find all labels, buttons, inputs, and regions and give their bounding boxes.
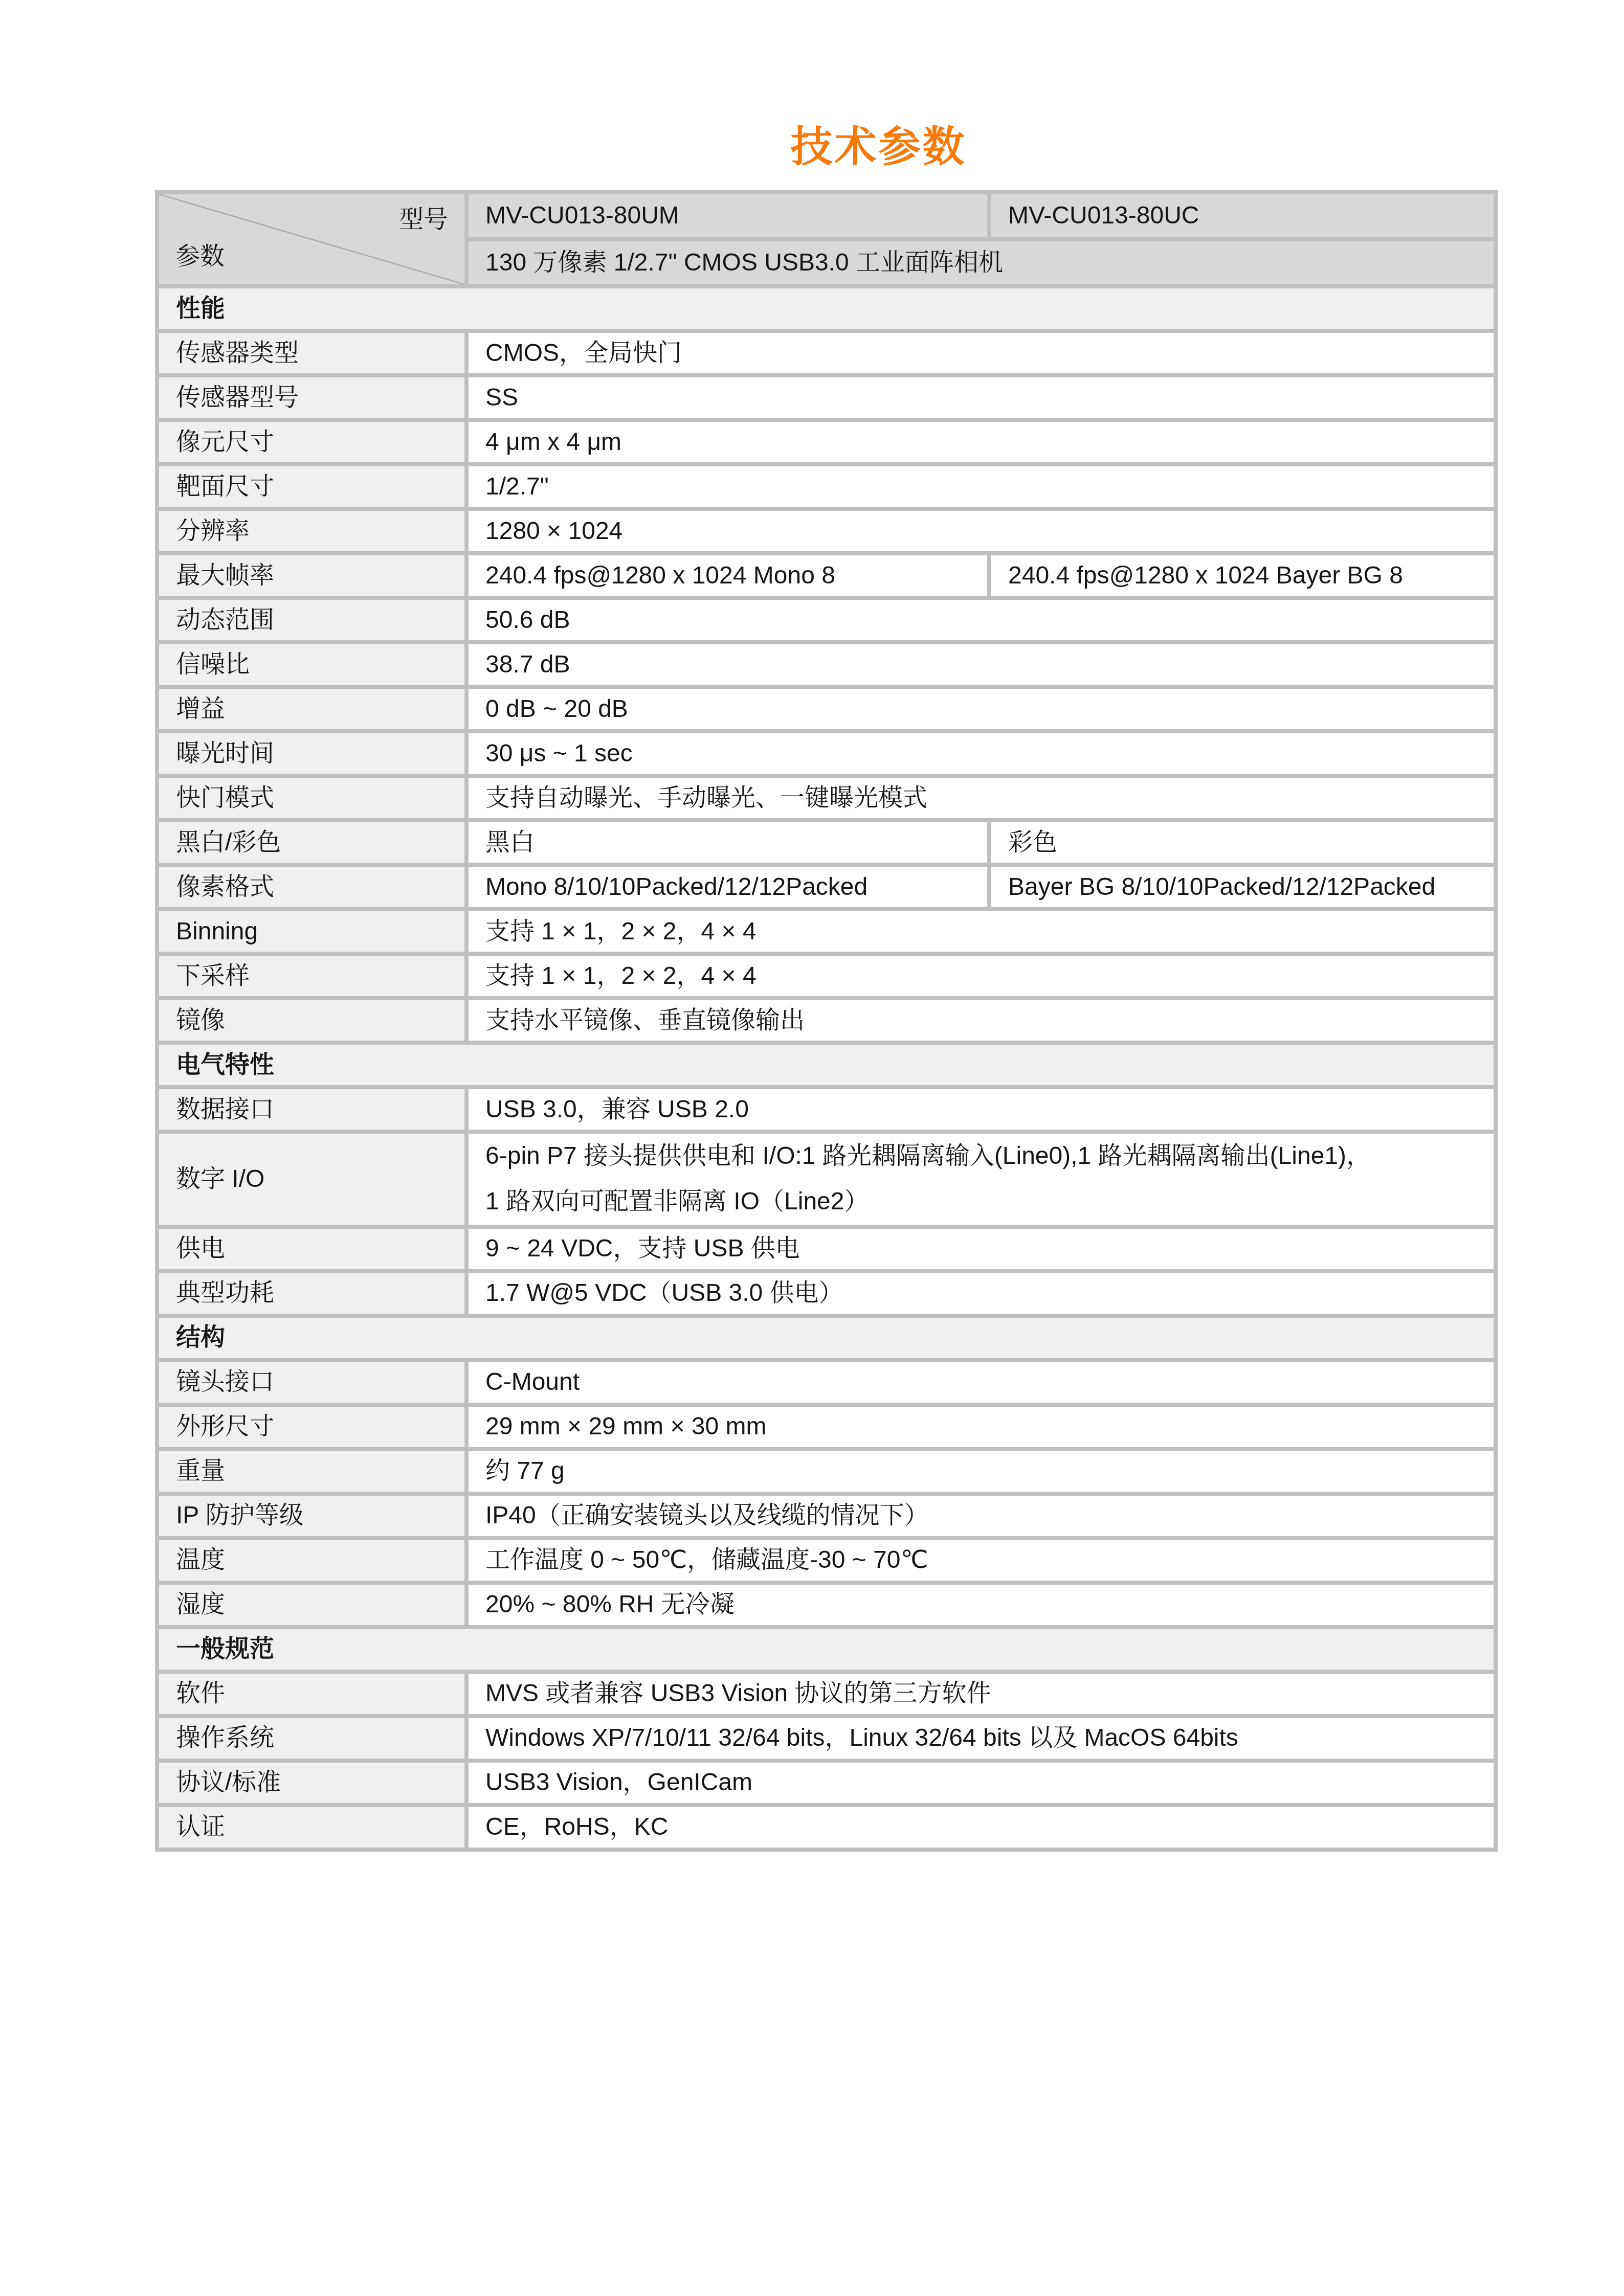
row-label: 增益: [157, 687, 466, 731]
table-row: 认证CE，RoHS，KC: [157, 1805, 1496, 1850]
row-label: 曝光时间: [157, 731, 466, 776]
row-value: 4 μm x 4 μm: [466, 420, 1496, 464]
section-row: 一般规范: [157, 1627, 1496, 1672]
row-value: Bayer BG 8/10/10Packed/12/12Packed: [989, 865, 1496, 909]
row-label: 下采样: [157, 954, 466, 998]
row-label: 分辨率: [157, 509, 466, 553]
row-value: 工作温度 0 ~ 50℃，储藏温度-30 ~ 70℃: [466, 1538, 1496, 1583]
row-label: 动态范围: [157, 598, 466, 642]
table-row: 数据接口USB 3.0，兼容 USB 2.0: [157, 1087, 1496, 1132]
table-row: 湿度20% ~ 80% RH 无冷凝: [157, 1583, 1496, 1627]
row-value: 38.7 dB: [466, 642, 1496, 687]
row-label: 数据接口: [157, 1087, 466, 1132]
spec-table: 型号 参数 MV-CU013-80UM MV-CU013-80UC 130 万像…: [155, 190, 1498, 1852]
row-value: 支持 1 × 1，2 × 2，4 × 4: [466, 954, 1496, 998]
row-label: 快门模式: [157, 776, 466, 820]
table-row: 下采样支持 1 × 1，2 × 2，4 × 4: [157, 954, 1496, 998]
page-title: 技术参数: [66, 114, 1624, 173]
spec-table-body: 性能传感器类型CMOS，全局快门传感器型号SS像元尺寸4 μm x 4 μm靶面…: [157, 286, 1496, 1850]
table-row: 协议/标准USB3 Vision，GenICam: [157, 1761, 1496, 1805]
row-value: 约 77 g: [466, 1449, 1496, 1494]
row-label: 像元尺寸: [157, 420, 466, 464]
row-label: 重量: [157, 1449, 466, 1494]
row-value: IP40（正确安装镜头以及线缆的情况下）: [466, 1494, 1496, 1538]
corner-cell: 型号 参数: [157, 192, 466, 286]
table-row: 重量约 77 g: [157, 1449, 1496, 1494]
row-label: 温度: [157, 1538, 466, 1583]
row-label: IP 防护等级: [157, 1494, 466, 1538]
row-value: CE，RoHS，KC: [466, 1805, 1496, 1850]
row-value: USB3 Vision，GenICam: [466, 1761, 1496, 1805]
row-label: 传感器型号: [157, 375, 466, 420]
table-row: 温度工作温度 0 ~ 50℃，储藏温度-30 ~ 70℃: [157, 1538, 1496, 1583]
table-row: 动态范围50.6 dB: [157, 598, 1496, 642]
row-label: 黑白/彩色: [157, 820, 466, 865]
table-row: 数字 I/O6-pin P7 接头提供供电和 I/O:1 路光耦隔离输入(Lin…: [157, 1132, 1496, 1227]
row-label: 靶面尺寸: [157, 464, 466, 509]
row-label: 湿度: [157, 1583, 466, 1627]
table-row: 操作系统Windows XP/7/10/11 32/64 bits，Linux …: [157, 1716, 1496, 1761]
corner-label-param: 参数: [175, 241, 225, 272]
model-cell-uc: MV-CU013-80UC: [989, 192, 1496, 239]
row-value: MVS 或者兼容 USB3 Vision 协议的第三方软件: [466, 1672, 1496, 1716]
row-value: 6-pin P7 接头提供供电和 I/O:1 路光耦隔离输入(Line0),1 …: [466, 1132, 1496, 1227]
table-row: 镜头接口C-Mount: [157, 1360, 1496, 1405]
row-value: 支持自动曝光、手动曝光、一键曝光模式: [466, 776, 1496, 820]
camera-subtitle-cell: 130 万像素 1/2.7" CMOS USB3.0 工业面阵相机: [466, 239, 1496, 286]
table-row: 外形尺寸29 mm × 29 mm × 30 mm: [157, 1405, 1496, 1449]
row-value: 20% ~ 80% RH 无冷凝: [466, 1583, 1496, 1627]
row-label: 镜像: [157, 998, 466, 1043]
row-value: CMOS，全局快门: [466, 331, 1496, 375]
row-label: 信噪比: [157, 642, 466, 687]
table-row: 软件MVS 或者兼容 USB3 Vision 协议的第三方软件: [157, 1672, 1496, 1716]
section-title: 电气特性: [157, 1043, 1496, 1087]
row-value: 50.6 dB: [466, 598, 1496, 642]
row-value: 支持水平镜像、垂直镜像输出: [466, 998, 1496, 1043]
row-label: 软件: [157, 1672, 466, 1716]
table-row: 增益0 dB ~ 20 dB: [157, 687, 1496, 731]
table-row: 像元尺寸4 μm x 4 μm: [157, 420, 1496, 464]
table-row: 快门模式支持自动曝光、手动曝光、一键曝光模式: [157, 776, 1496, 820]
row-value: Mono 8/10/10Packed/12/12Packed: [466, 865, 989, 909]
row-value: 0 dB ~ 20 dB: [466, 687, 1496, 731]
corner-label-model: 型号: [399, 205, 448, 235]
row-value: SS: [466, 375, 1496, 420]
row-value: 黑白: [466, 820, 989, 865]
spec-table-header: 型号 参数 MV-CU013-80UM MV-CU013-80UC 130 万像…: [157, 192, 1496, 286]
table-row: 最大帧率240.4 fps@1280 x 1024 Mono 8240.4 fp…: [157, 553, 1496, 598]
row-value: 240.4 fps@1280 x 1024 Bayer BG 8: [989, 553, 1496, 598]
table-row: 靶面尺寸1/2.7": [157, 464, 1496, 509]
table-row: 黑白/彩色黑白彩色: [157, 820, 1496, 865]
table-row: 像素格式Mono 8/10/10Packed/12/12PackedBayer …: [157, 865, 1496, 909]
section-row: 结构: [157, 1316, 1496, 1360]
model-cell-um: MV-CU013-80UM: [466, 192, 989, 239]
table-row: IP 防护等级IP40（正确安装镜头以及线缆的情况下）: [157, 1494, 1496, 1538]
table-row: Binning支持 1 × 1，2 × 2，4 × 4: [157, 909, 1496, 954]
row-label: 操作系统: [157, 1716, 466, 1761]
section-title: 一般规范: [157, 1627, 1496, 1672]
table-row: 信噪比38.7 dB: [157, 642, 1496, 687]
table-row: 分辨率1280 × 1024: [157, 509, 1496, 553]
row-label: 认证: [157, 1805, 466, 1850]
table-row: 供电9 ~ 24 VDC，支持 USB 供电: [157, 1227, 1496, 1271]
row-label: 外形尺寸: [157, 1405, 466, 1449]
row-label: Binning: [157, 909, 466, 954]
row-label: 数字 I/O: [157, 1132, 466, 1227]
row-label: 协议/标准: [157, 1761, 466, 1805]
row-value: C-Mount: [466, 1360, 1496, 1405]
row-label: 传感器类型: [157, 331, 466, 375]
page: 技术参数 型号 参数 MV-CU013-80UM MV-CU013-80UC 1…: [0, 0, 1624, 2296]
table-row: 传感器型号SS: [157, 375, 1496, 420]
row-label: 镜头接口: [157, 1360, 466, 1405]
row-value: 30 μs ~ 1 sec: [466, 731, 1496, 776]
row-value: 1280 × 1024: [466, 509, 1496, 553]
model-header-row: 型号 参数 MV-CU013-80UM MV-CU013-80UC: [157, 192, 1496, 239]
row-value: 支持 1 × 1，2 × 2，4 × 4: [466, 909, 1496, 954]
row-label: 典型功耗: [157, 1271, 466, 1316]
row-value: 彩色: [989, 820, 1496, 865]
table-row: 典型功耗1.7 W@5 VDC（USB 3.0 供电）: [157, 1271, 1496, 1316]
row-value: 1/2.7": [466, 464, 1496, 509]
section-row: 性能: [157, 286, 1496, 331]
row-label: 最大帧率: [157, 553, 466, 598]
section-title: 结构: [157, 1316, 1496, 1360]
row-value: 9 ~ 24 VDC，支持 USB 供电: [466, 1227, 1496, 1271]
row-value: 1.7 W@5 VDC（USB 3.0 供电）: [466, 1271, 1496, 1316]
table-row: 传感器类型CMOS，全局快门: [157, 331, 1496, 375]
row-value: 240.4 fps@1280 x 1024 Mono 8: [466, 553, 989, 598]
row-value: Windows XP/7/10/11 32/64 bits，Linux 32/6…: [466, 1716, 1496, 1761]
table-row: 曝光时间30 μs ~ 1 sec: [157, 731, 1496, 776]
section-title: 性能: [157, 286, 1496, 331]
row-value: USB 3.0，兼容 USB 2.0: [466, 1087, 1496, 1132]
row-value: 29 mm × 29 mm × 30 mm: [466, 1405, 1496, 1449]
table-row: 镜像支持水平镜像、垂直镜像输出: [157, 998, 1496, 1043]
section-row: 电气特性: [157, 1043, 1496, 1087]
row-label: 供电: [157, 1227, 466, 1271]
row-label: 像素格式: [157, 865, 466, 909]
